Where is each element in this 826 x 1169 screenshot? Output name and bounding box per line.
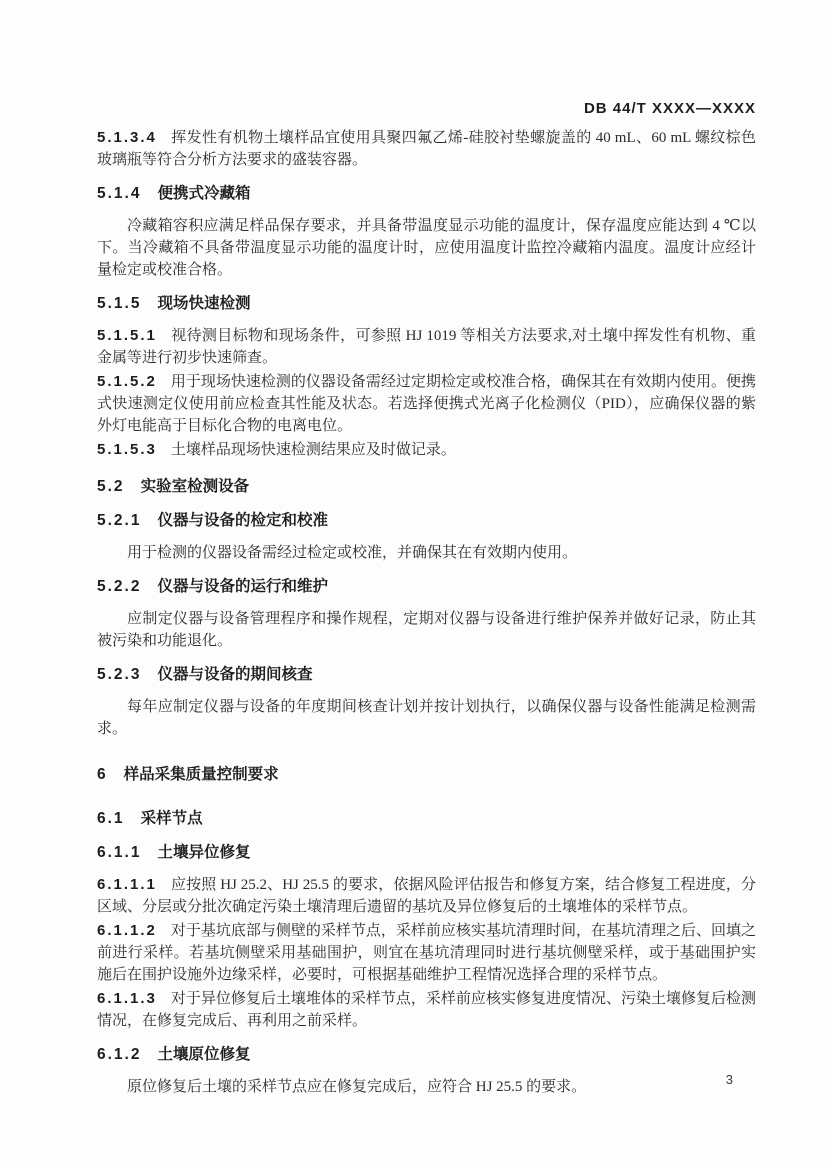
clause-text: 视待测目标物和现场条件，可参照 HJ 1019 等相关方法要求,对土壤中挥发性有… — [97, 328, 756, 366]
clause-5-1-5-1: 5.1.5.1视待测目标物和现场条件，可参照 HJ 1019 等相关方法要求,对… — [97, 325, 756, 369]
heading-number: 6.1.2 — [97, 1046, 141, 1063]
section-heading-5-1-4: 5.1.4便携式冷藏箱 — [97, 183, 756, 205]
clause-number: 5.1.5.1 — [97, 327, 157, 344]
clause-5-1-5-3: 5.1.5.3土壤样品现场快速检测结果应及时做记录。 — [97, 439, 756, 461]
paragraph: 冷藏箱容积应满足样品保存要求，并具备带温度显示功能的温度计，保存温度应能达到 4… — [97, 215, 756, 281]
section-heading-5-2-1: 5.2.1仪器与设备的检定和校准 — [97, 510, 756, 532]
page-number: 3 — [726, 1072, 733, 1087]
clause-6-1-1-3: 6.1.1.3对于异位修复后土壤堆体的采样节点，采样前应核实修复进度情况、污染土… — [97, 988, 756, 1032]
paragraph: 用于检测的仪器设备需经过检定或校准，并确保其在有效期内使用。 — [97, 542, 756, 564]
heading-text: 土壤原位修复 — [157, 1046, 250, 1063]
clause-text: 对于异位修复后土壤堆体的采样节点，采样前应核实修复进度情况、污染土壤修复后检测情… — [97, 991, 756, 1029]
clause-number: 6.1.1.2 — [97, 922, 157, 939]
heading-text: 土壤异位修复 — [157, 844, 250, 861]
clause-5-1-3-4: 5.1.3.4挥发性有机物土壤样品宜使用具聚四氟乙烯-硅胶衬垫螺旋盖的 40 m… — [97, 127, 756, 171]
heading-number: 5.2 — [97, 478, 125, 495]
section-heading-6-1-1: 6.1.1土壤异位修复 — [97, 842, 756, 864]
chapter-heading-6: 6样品采集质量控制要求 — [97, 764, 756, 786]
section-heading-5-1-5: 5.1.5现场快速检测 — [97, 293, 756, 315]
section-heading-5-2: 5.2实验室检测设备 — [97, 476, 756, 498]
section-heading-6-1: 6.1采样节点 — [97, 808, 756, 830]
clause-number: 6.1.1.1 — [97, 876, 157, 893]
heading-text: 实验室检测设备 — [141, 478, 250, 495]
heading-number: 6 — [97, 766, 108, 783]
heading-text: 仪器与设备的运行和维护 — [157, 578, 328, 595]
clause-number: 5.1.5.2 — [97, 373, 157, 390]
heading-number: 5.2.1 — [97, 512, 141, 529]
heading-text: 仪器与设备的检定和校准 — [157, 512, 328, 529]
clause-text: 对于基坑底部与侧壁的采样节点，采样前应核实基坑清理时间，在基坑清理之后、回填之前… — [97, 923, 756, 983]
heading-text: 便携式冷藏箱 — [157, 185, 250, 202]
heading-number: 5.2.3 — [97, 666, 141, 683]
heading-text: 现场快速检测 — [157, 295, 250, 312]
clause-text: 应按照 HJ 25.2、HJ 25.5 的要求，依据风险评估报告和修复方案，结合… — [97, 877, 756, 915]
document-page: DB 44/T XXXX—XXXX 5.1.3.4挥发性有机物土壤样品宜使用具聚… — [0, 0, 826, 1169]
heading-text: 采样节点 — [141, 810, 203, 827]
heading-number: 6.1.1 — [97, 844, 141, 861]
clause-number: 5.1.5.3 — [97, 441, 157, 458]
clause-5-1-5-2: 5.1.5.2用于现场快速检测的仪器设备需经过定期检定或校准合格，确保其在有效期… — [97, 371, 756, 437]
section-heading-6-1-2: 6.1.2土壤原位修复 — [97, 1044, 756, 1066]
clause-number: 6.1.1.3 — [97, 990, 157, 1007]
heading-number: 5.1.5 — [97, 295, 141, 312]
heading-text: 仪器与设备的期间核查 — [157, 666, 312, 683]
page-header: DB 44/T XXXX—XXXX — [97, 99, 756, 119]
paragraph: 应制定仪器与设备管理程序和操作规程，定期对仪器与设备进行维护保养并做好记录，防止… — [97, 608, 756, 652]
clause-text: 挥发性有机物土壤样品宜使用具聚四氟乙烯-硅胶衬垫螺旋盖的 40 mL、60 mL… — [97, 130, 756, 168]
section-heading-5-2-2: 5.2.2仪器与设备的运行和维护 — [97, 576, 756, 598]
clause-6-1-1-2: 6.1.1.2对于基坑底部与侧壁的采样节点，采样前应核实基坑清理时间，在基坑清理… — [97, 920, 756, 986]
heading-number: 6.1 — [97, 810, 125, 827]
heading-number: 5.2.2 — [97, 578, 141, 595]
clause-number: 5.1.3.4 — [97, 129, 157, 146]
clause-6-1-1-1: 6.1.1.1应按照 HJ 25.2、HJ 25.5 的要求，依据风险评估报告和… — [97, 874, 756, 918]
clause-text: 用于现场快速检测的仪器设备需经过定期检定或校准合格，确保其在有效期内使用。便携式… — [97, 374, 756, 434]
paragraph: 每年应制定仪器与设备的年度期间核查计划并按计划执行，以确保仪器与设备性能满足检测… — [97, 696, 756, 740]
paragraph: 原位修复后土壤的采样节点应在修复完成后，应符合 HJ 25.5 的要求。 — [97, 1076, 756, 1098]
clause-text: 土壤样品现场快速检测结果应及时做记录。 — [171, 442, 456, 458]
section-heading-5-2-3: 5.2.3仪器与设备的期间核查 — [97, 664, 756, 686]
heading-number: 5.1.4 — [97, 185, 141, 202]
heading-text: 样品采集质量控制要求 — [124, 766, 279, 783]
